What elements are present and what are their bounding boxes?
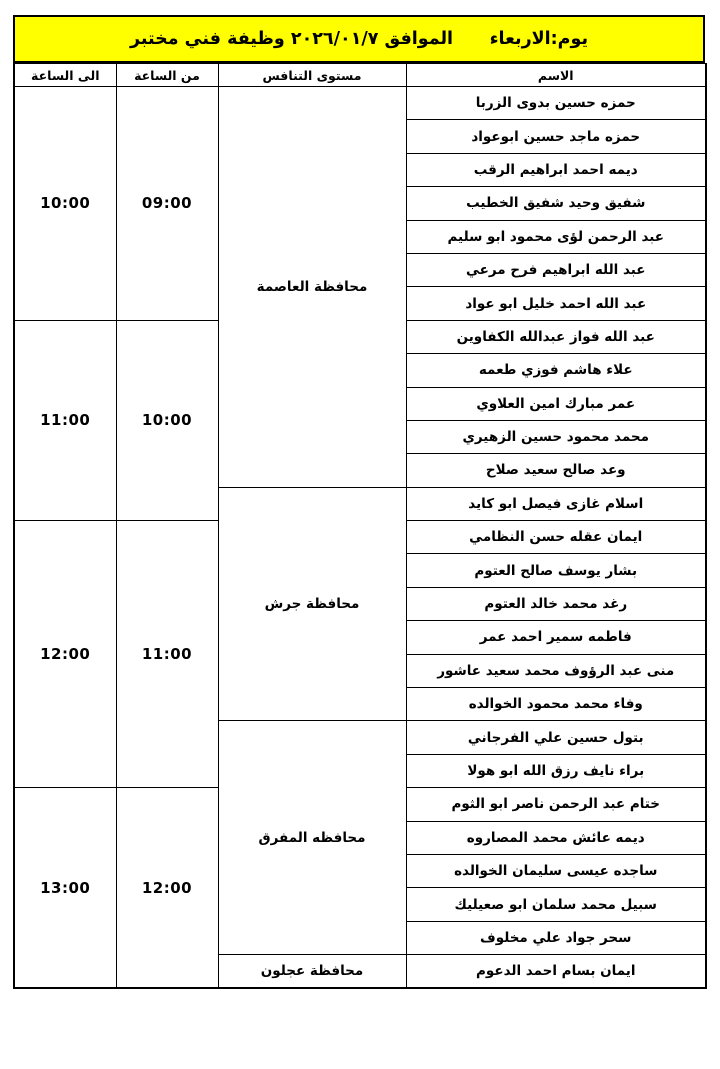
name-cell: ايمان عقله حسن النظامي bbox=[406, 521, 706, 554]
name-cell: سحر جواد علي مخلوف bbox=[406, 921, 706, 954]
name-cell: سبيل محمد سلمان ابو صعيليك bbox=[406, 888, 706, 921]
name-cell: رغد محمد خالد العتوم bbox=[406, 587, 706, 620]
table-row: حمزه حسين بدوى الزربامحافظة العاصمة09:00… bbox=[14, 87, 706, 120]
name-cell: عبد الله ابراهيم فرح مرعي bbox=[406, 253, 706, 286]
name-cell: ايمان بسام احمد الدعوم bbox=[406, 955, 706, 988]
name-cell: شفيق وحيد شفيق الخطيب bbox=[406, 187, 706, 220]
name-cell: حمزه حسين بدوى الزربا bbox=[406, 87, 706, 120]
column-header-name: الاسم bbox=[406, 64, 706, 87]
governorate-cell: محافظة جرش bbox=[218, 487, 406, 721]
from-time-cell: 10:00 bbox=[116, 320, 218, 520]
governorate-cell: محافظة العاصمة bbox=[218, 87, 406, 488]
to-time-cell: 12:00 bbox=[14, 521, 116, 788]
name-cell: وعد صالح سعيد صلاح bbox=[406, 454, 706, 487]
schedule-title: يوم:الاربعاء الموافق ٢٠٢٦/٠١/٧ وظيفة فني… bbox=[130, 29, 588, 49]
column-header-to: الى الساعة bbox=[14, 64, 116, 87]
to-time-cell: 11:00 bbox=[14, 320, 116, 520]
to-time-cell: 13:00 bbox=[14, 788, 116, 988]
name-cell: بتول حسين علي الفرجاني bbox=[406, 721, 706, 754]
column-header-level: مستوى التنافس bbox=[218, 64, 406, 87]
name-cell: عبد الله فواز عبدالله الكفاوين bbox=[406, 320, 706, 353]
name-cell: اسلام غازى فيصل ابو كايد bbox=[406, 487, 706, 520]
name-cell: ختام عبد الرحمن ناصر ابو الثوم bbox=[406, 788, 706, 821]
document-page: يوم:الاربعاء الموافق ٢٠٢٦/٠١/٧ وظيفة فني… bbox=[0, 0, 720, 1069]
name-cell: براء نايف رزق الله ابو هولا bbox=[406, 754, 706, 787]
to-time-cell: 10:00 bbox=[14, 87, 116, 321]
name-cell: عمر مبارك امين العلاوي bbox=[406, 387, 706, 420]
from-time-cell: 12:00 bbox=[116, 788, 218, 988]
name-cell: عبد الرحمن لؤى محمود ابو سليم bbox=[406, 220, 706, 253]
governorate-cell: محافظه المفرق bbox=[218, 721, 406, 955]
column-header-row: الاسم مستوى التنافس من الساعة الى الساعة bbox=[14, 64, 706, 87]
name-cell: بشار يوسف صالح العتوم bbox=[406, 554, 706, 587]
schedule-table: الاسم مستوى التنافس من الساعة الى الساعة… bbox=[13, 63, 707, 989]
from-time-cell: 09:00 bbox=[116, 87, 218, 321]
name-cell: محمد محمود حسين الزهيري bbox=[406, 420, 706, 453]
name-cell: ساجده عيسى سليمان الخوالده bbox=[406, 854, 706, 887]
name-cell: ديمه احمد ابراهيم الرقب bbox=[406, 153, 706, 186]
schedule-title-bar: يوم:الاربعاء الموافق ٢٠٢٦/٠١/٧ وظيفة فني… bbox=[13, 15, 705, 63]
from-time-cell: 11:00 bbox=[116, 521, 218, 788]
name-cell: وفاء محمد محمود الخوالده bbox=[406, 688, 706, 721]
column-header-from: من الساعة bbox=[116, 64, 218, 87]
governorate-cell: محافظة عجلون bbox=[218, 955, 406, 988]
name-cell: منى عبد الرؤوف محمد سعيد عاشور bbox=[406, 654, 706, 687]
name-cell: حمزه ماجد حسين ابوعواد bbox=[406, 120, 706, 153]
name-cell: عبد الله احمد خليل ابو عواد bbox=[406, 287, 706, 320]
name-cell: ديمه عائش محمد المصاروه bbox=[406, 821, 706, 854]
name-cell: علاء هاشم فوزي طعمه bbox=[406, 354, 706, 387]
schedule-body: حمزه حسين بدوى الزربامحافظة العاصمة09:00… bbox=[14, 87, 706, 989]
schedule-container: يوم:الاربعاء الموافق ٢٠٢٦/٠١/٧ وظيفة فني… bbox=[13, 15, 705, 989]
name-cell: فاطمه سمير احمد عمر bbox=[406, 621, 706, 654]
